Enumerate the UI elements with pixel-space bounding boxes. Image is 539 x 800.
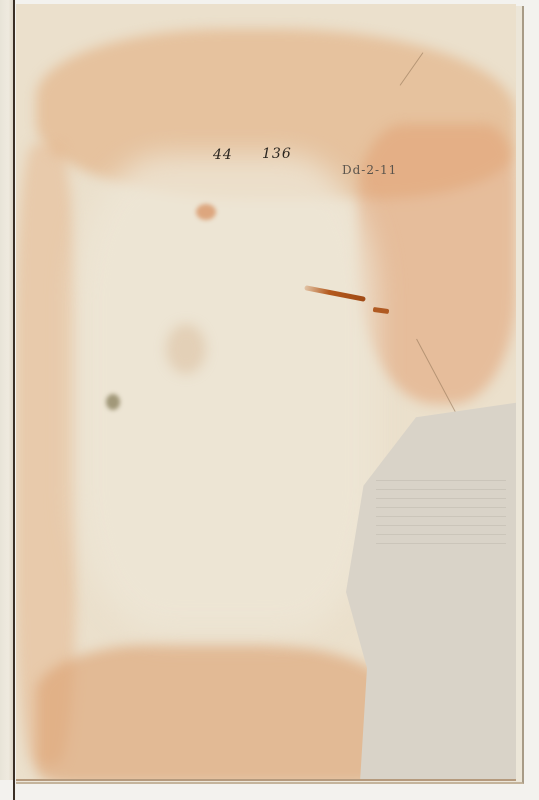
annotation-number-left: 44 bbox=[213, 147, 233, 163]
water-stain-bottom bbox=[36, 644, 396, 781]
foxing-spot bbox=[196, 204, 216, 220]
clean-paper-area bbox=[76, 154, 376, 634]
faint-stain bbox=[166, 324, 206, 374]
binding-edge bbox=[13, 0, 15, 800]
manuscript-leaf: 44 136 Dd-2-11 bbox=[16, 4, 516, 781]
shelfmark-annotation: Dd-2-11 bbox=[342, 163, 397, 177]
show-through-writing bbox=[376, 474, 506, 544]
mold-spot bbox=[106, 394, 120, 410]
annotation-number-right: 136 bbox=[262, 146, 292, 162]
scanned-page-view: 44 136 Dd-2-11 bbox=[0, 0, 539, 800]
